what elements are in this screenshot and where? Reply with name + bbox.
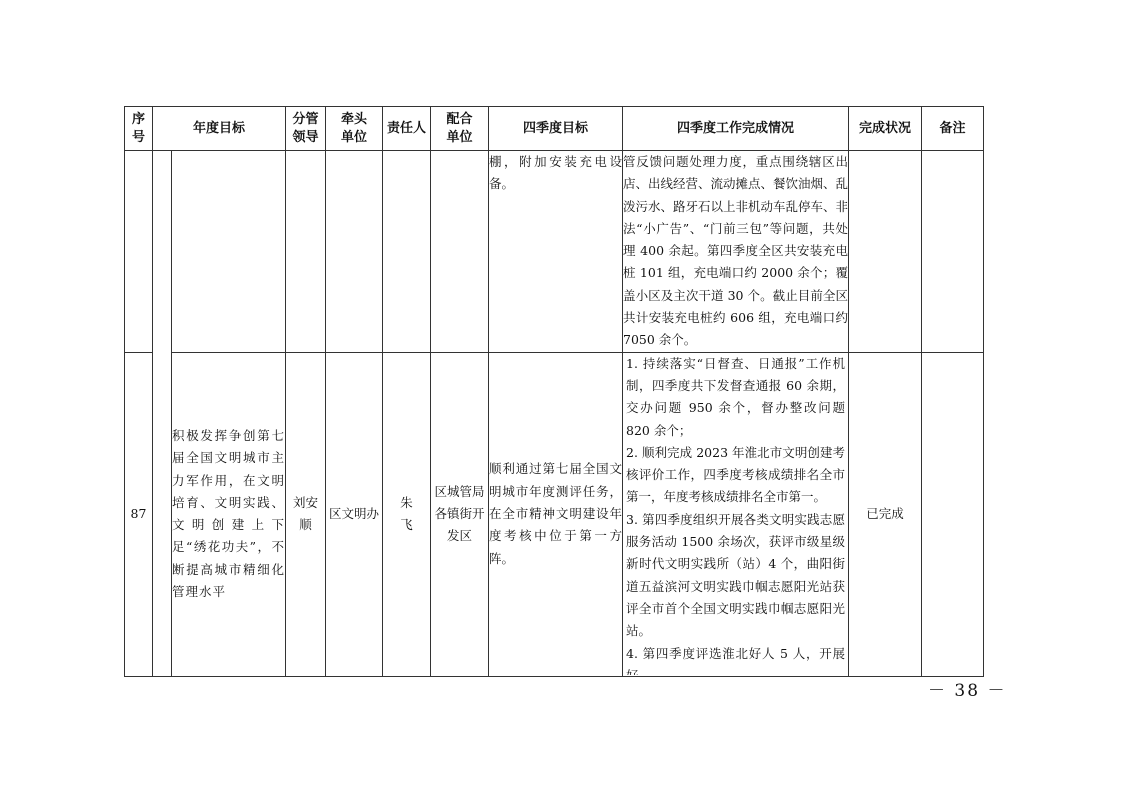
q4-progress-text: 1. 持续落实“日督查、日通报”工作机制，四季度共下发督查通报 60 余期，交办… [623,353,848,675]
header-q4-progress: 四季度工作完成情况 [623,107,849,151]
cell-leader [286,151,326,353]
header-remarks: 备注 [922,107,984,151]
header-q4-goal: 四季度目标 [489,107,623,151]
header-seq: 序 号 [125,107,153,151]
document-page: 序 号 年度目标 分管 领导 牵头 单位 责任人 配合 单位 四季度目标 四季度… [0,0,1122,793]
cell-coop-unit [431,151,489,353]
cell-remarks [922,352,984,676]
table-row: 棚，附加安装充电设备。 管反馈问题处理力度，重点围绕辖区出店、出线经营、流动摊点… [125,151,984,353]
cell-leader: 刘安顺 [286,352,326,676]
cell-seq: 87 [125,352,153,676]
table-row: 87 积极发挥争创第七届全国文明城市主力军作用，在文明培育、文明实践、文明创建上… [125,352,984,676]
cell-remarks [922,151,984,353]
cell-q4-goal: 棚，附加安装充电设备。 [489,151,623,353]
cell-annual-goal: 积极发挥争创第七届全国文明城市主力军作用，在文明培育、文明实践、文明创建上下足“… [172,352,286,676]
cell-q4-progress: 管反馈问题处理力度，重点围绕辖区出店、出线经营、流动摊点、餐饮油烟、乱泼污水、路… [623,151,849,353]
cell-spacer [153,151,172,677]
table-header-row: 序 号 年度目标 分管 领导 牵头 单位 责任人 配合 单位 四季度目标 四季度… [125,107,984,151]
header-leader: 分管 领导 [286,107,326,151]
cell-q4-progress: 1. 持续落实“日督查、日通报”工作机制，四季度共下发督查通报 60 余期，交办… [623,352,849,676]
header-annual-goal: 年度目标 [153,107,286,151]
cell-status: 已完成 [849,352,922,676]
cell-responsible [383,151,431,353]
cell-annual-goal [172,151,286,353]
header-coop-unit: 配合 单位 [431,107,489,151]
cell-q4-goal: 顺利通过第七届全国文明城市年度测评任务，在全市精神文明建设年度考核中位于第一方阵… [489,352,623,676]
header-status: 完成状况 [849,107,922,151]
cell-coop-unit: 区城管局各镇街开发区 [431,352,489,676]
cell-seq [125,151,153,353]
page-number: － 38 － [928,676,1006,701]
header-lead-unit: 牵头 单位 [326,107,383,151]
cell-lead-unit [326,151,383,353]
cell-responsible: 朱飞 [383,352,431,676]
cell-status [849,151,922,353]
cell-lead-unit: 区文明办 [326,352,383,676]
header-responsible: 责任人 [383,107,431,151]
work-progress-table: 序 号 年度目标 分管 领导 牵头 单位 责任人 配合 单位 四季度目标 四季度… [124,106,984,677]
